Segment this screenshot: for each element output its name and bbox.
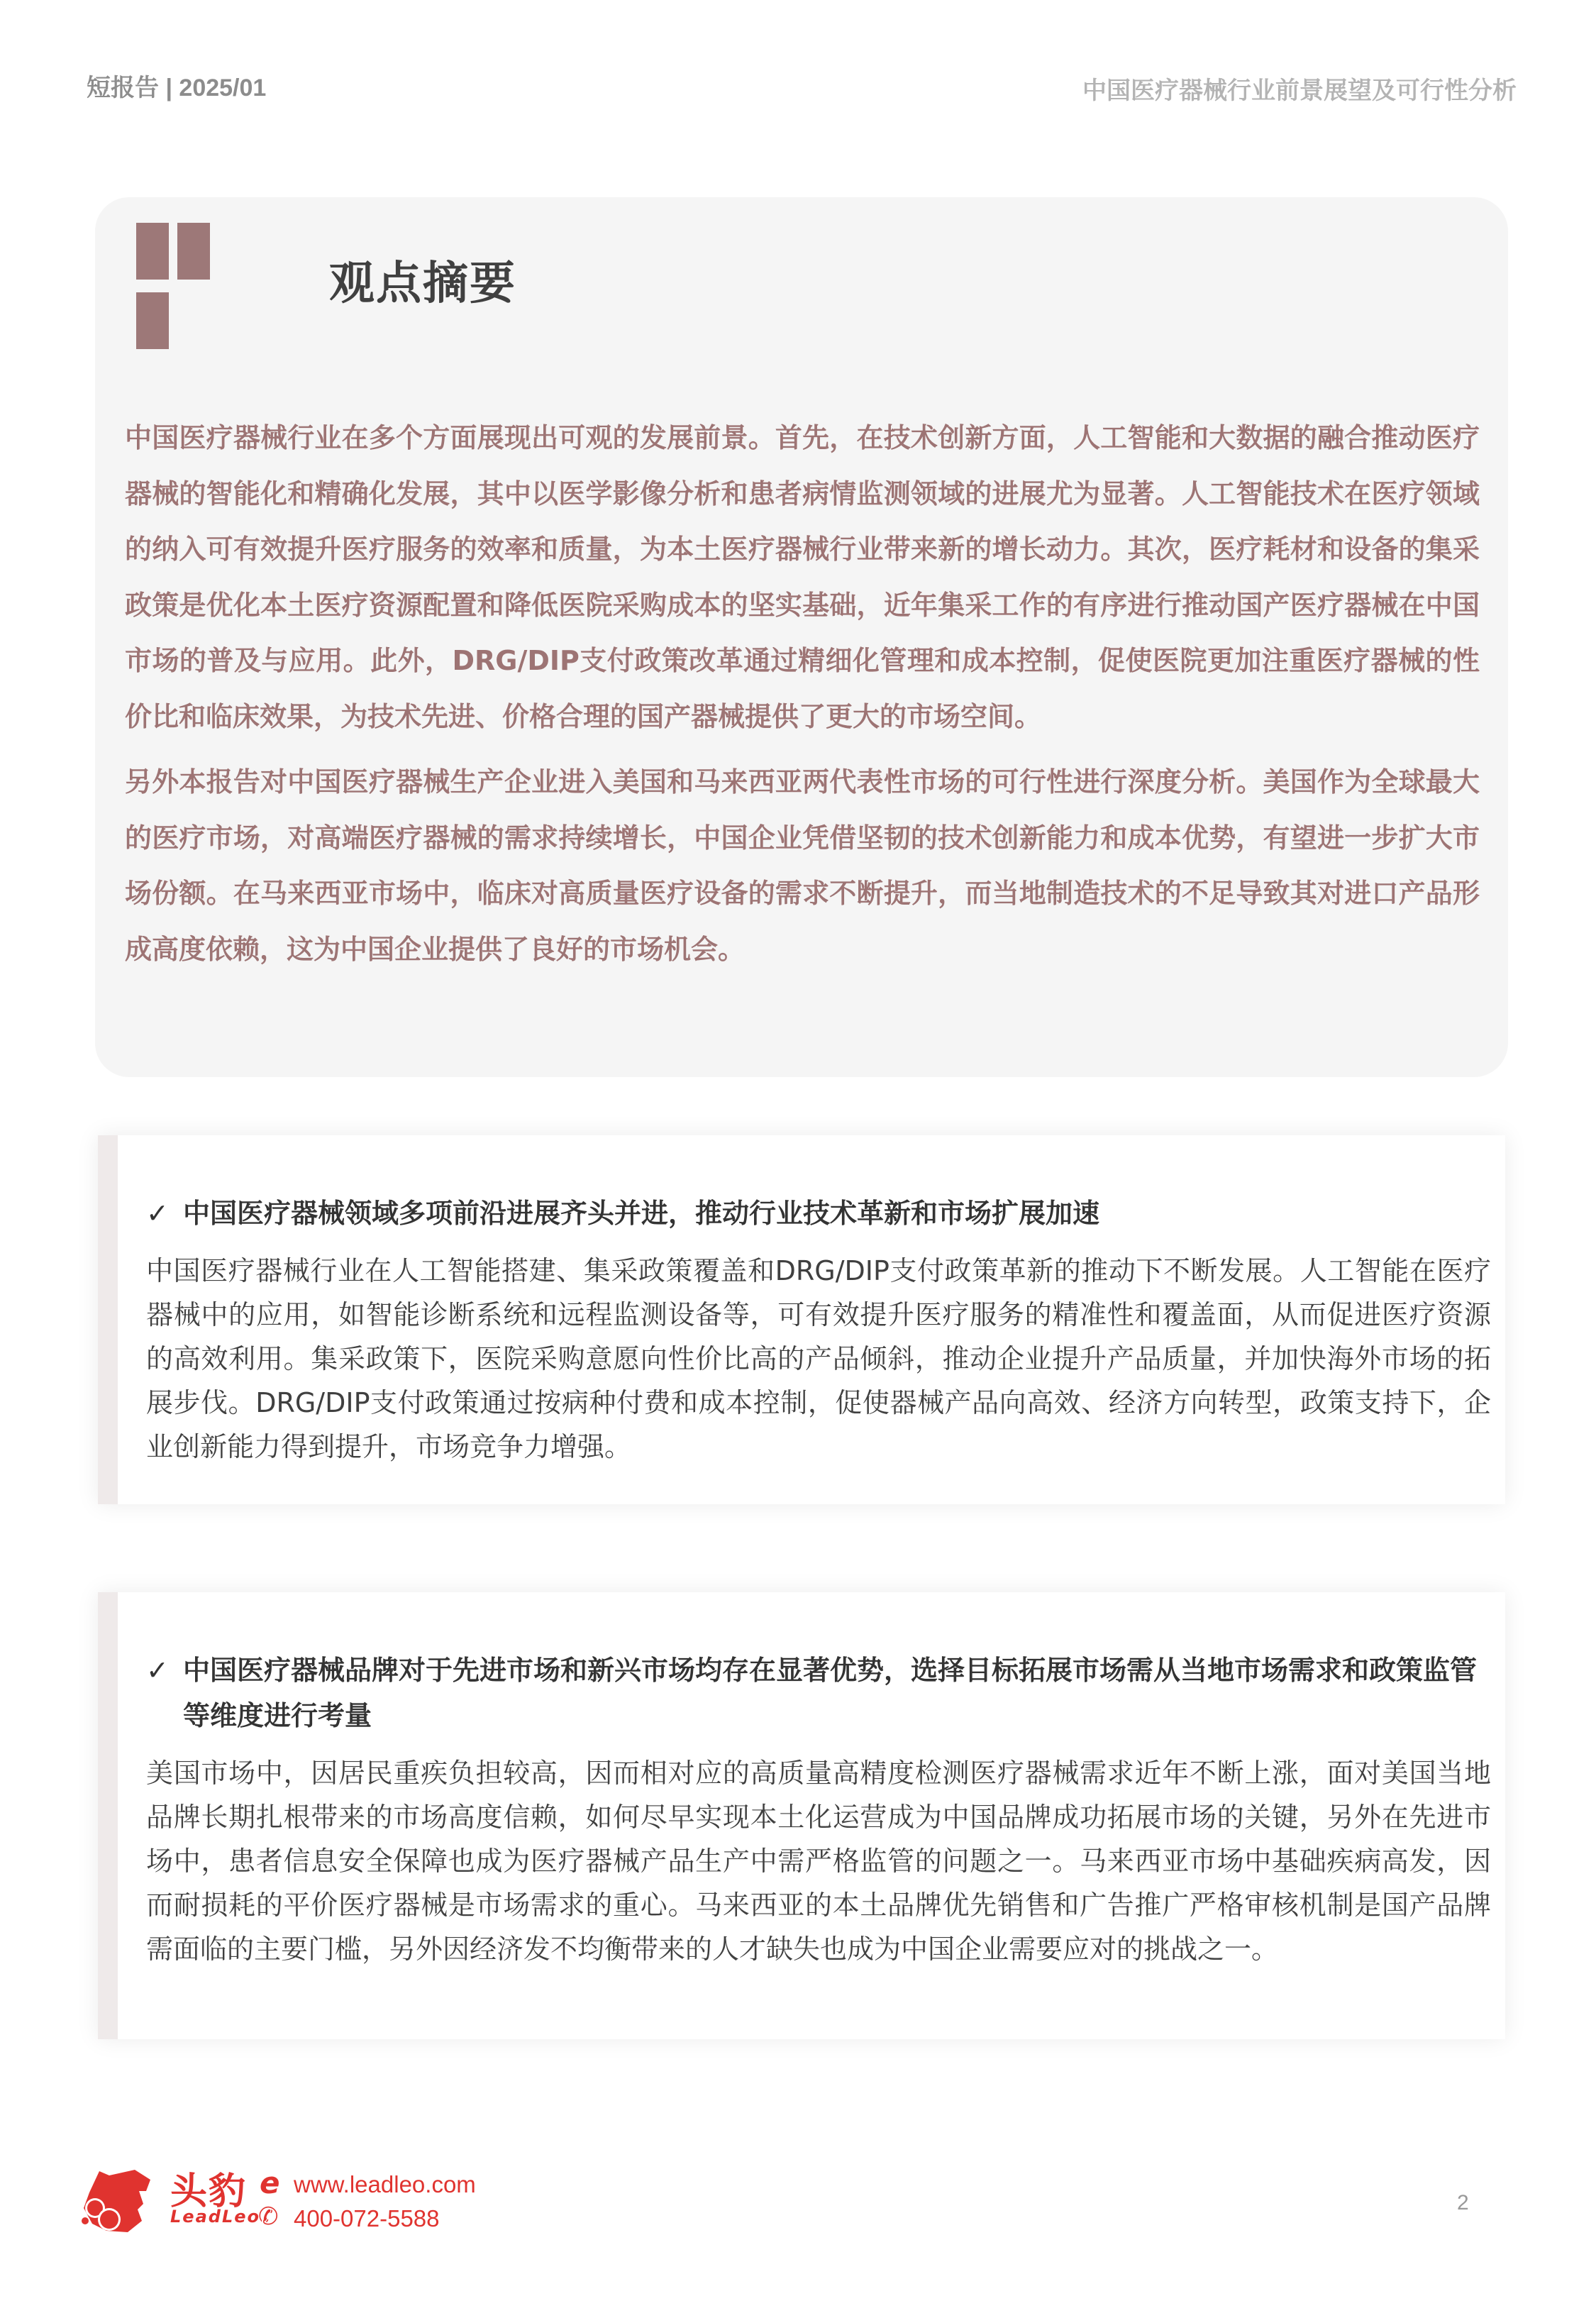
key-point-card: ✓ 中国医疗器械品牌对于先进市场和新兴市场均存在显著优势，选择目标拓展市场需从当… [98,1592,1505,2039]
key-point-title: 中国医疗器械领域多项前沿进展齐头并进，推动行业技术革新和市场扩展加速 [183,1198,1099,1229]
key-point-body: 中国医疗器械行业在人工智能搭建、集采政策覆盖和DRG/DIP支付政策革新的推动下… [146,1249,1491,1469]
key-point-card: ✓ 中国医疗器械领域多项前沿进展齐头并进，推动行业技术革新和市场扩展加速 中国医… [98,1135,1505,1504]
page-number: 2 [1457,2191,1469,2215]
report-title: 中国医疗器械行业前景展望及可行性分析 [1082,71,1517,106]
key-point-heading: ✓ 中国医疗器械品牌对于先进市场和新兴市场均存在显著优势，选择目标拓展市场需从当… [183,1648,1491,1738]
website-link[interactable]: www.leadleo.com [294,2171,476,2198]
key-point-title: 中国医疗器械品牌对于先进市场和新兴市场均存在显著优势，选择目标拓展市场需从当地市… [183,1655,1477,1731]
web-icon: e [260,2166,280,2200]
checkmark-icon: ✓ [146,1648,169,1693]
summary-paragraph: 另外本报告对中国医疗器械生产企业进入美国和马来西亚两代表性市场的可行性进行深度分… [125,754,1480,977]
summary-body: 中国医疗器械行业在多个方面展现出可观的发展前景。首先，在技术创新方面，人工智能和… [125,410,1480,987]
summary-card: 观点摘要 中国医疗器械行业在多个方面展现出可观的发展前景。首先，在技术创新方面，… [95,197,1508,1077]
summary-title: 观点摘要 [329,247,516,312]
report-type-date: 短报告 | 2025/01 [87,68,266,103]
summary-paragraph: 中国医疗器械行业在多个方面展现出可观的发展前景。首先，在技术创新方面，人工智能和… [125,410,1480,744]
phone-icon: ✆ [258,2202,279,2231]
square-block [177,223,210,280]
key-point-heading: ✓ 中国医疗器械领域多项前沿进展齐头并进，推动行业技术革新和市场扩展加速 [183,1191,1491,1236]
square-block [136,292,169,349]
phone-number: 400-072-5588 [294,2205,440,2232]
leadleo-leopard-logo-icon [78,2164,156,2235]
checkmark-icon: ✓ [146,1191,169,1236]
square-block [136,223,169,280]
brand-name-en: LeadLeo [170,2207,260,2227]
key-point-body: 美国市场中，因居民重疾负担较高，因而相对应的高质量高精度检测医疗器械需求近年不断… [146,1751,1491,1971]
